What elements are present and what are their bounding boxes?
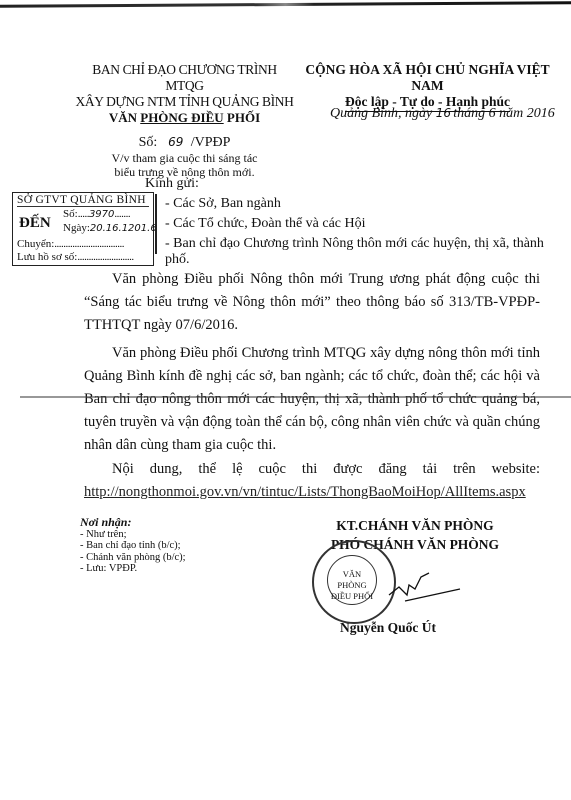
handwritten-day: 16 xyxy=(436,106,450,120)
signature-title-1: KT.CHÁNH VĂN PHÒNG xyxy=(300,516,530,535)
handwritten-doc-number: 69 xyxy=(161,134,191,150)
recipient-item: - Chánh văn phòng (b/c); xyxy=(80,552,186,564)
handwritten-signature xyxy=(385,565,465,605)
website-link[interactable]: http://nongthonmoi.gov.vn/vn/tintuc/List… xyxy=(84,484,526,500)
scan-streak xyxy=(20,396,571,398)
official-seal: VĂN PHÒNG ĐIỀU PHỐI xyxy=(312,540,396,624)
issuer-office: VĂN PHÒNG ĐIỀU PHỐI xyxy=(72,110,297,126)
received-stamp: SỞ GTVT QUẢNG BÌNH ĐẾN Số:.....3970.....… xyxy=(12,192,154,266)
issuer-org-line2: XÂY DỰNG NTM TỈNH QUẢNG BÌNH xyxy=(72,94,297,110)
stamp-so: Số:.....3970....... xyxy=(63,208,130,220)
recipient-item: - Như trên; xyxy=(80,529,186,541)
stamp-luu: Lưu hồ sơ số:......................... xyxy=(17,251,134,263)
scan-edge-line xyxy=(0,1,571,7)
addressee-label: Kính gửi: xyxy=(145,176,199,192)
nation-title: CỘNG HÒA XÃ HỘI CHỦ NGHĨA VIỆT NAM xyxy=(290,62,565,94)
recipient-item: - Lưu: VPĐP. xyxy=(80,563,186,575)
recipient-item: - Ban chỉ đạo tỉnh (b/c); xyxy=(80,540,186,552)
addressee-item: - Các Tổ chức, Đoàn thể và các Hội xyxy=(165,216,366,232)
national-header: CỘNG HÒA XÃ HỘI CHỦ NGHĨA VIỆT NAM Độc l… xyxy=(290,62,565,112)
recipients-title: Nơi nhận: xyxy=(80,517,186,529)
stamp-ngay: Ngày:20.16.1201.6 xyxy=(63,222,157,234)
issue-date: Quảng Bình, ngày 16 tháng 6 năm 2016 xyxy=(330,106,570,122)
stamp-chuyen: Chuyển:............................... xyxy=(17,238,124,250)
recipients-block: Nơi nhận: - Như trên; - Ban chỉ đạo tỉnh… xyxy=(80,517,186,575)
body-paragraph-3: Nội dung, thể lệ cuộc thi được đăng tải … xyxy=(84,458,540,481)
signer-name: Nguyễn Quốc Út xyxy=(340,620,436,636)
addressee-item: - Ban chỉ đạo Chương trình Nông thôn mới… xyxy=(165,236,571,268)
document-number: Số: 69/VPĐP xyxy=(72,134,297,151)
stamp-border-line xyxy=(155,194,157,254)
issuer-header: BAN CHỈ ĐẠO CHƯƠNG TRÌNH MTQG XÂY DỰNG N… xyxy=(72,62,297,179)
body-paragraph-1: Văn phòng Điều phối Nông thôn mới Trung … xyxy=(84,268,540,337)
issuer-org-line1: BAN CHỈ ĐẠO CHƯƠNG TRÌNH MTQG xyxy=(72,62,297,94)
stamp-title: SỞ GTVT QUẢNG BÌNH xyxy=(17,194,149,207)
addressee-item: - Các Sở, Ban ngành xyxy=(165,196,281,212)
body-paragraph-2: Văn phòng Điều phối Chương trình MTQG xâ… xyxy=(84,342,540,457)
stamp-den: ĐẾN xyxy=(19,215,51,232)
subject-line1: V/v tham gia cuộc thi sáng tác xyxy=(72,151,297,165)
seal-center: VĂN PHÒNG ĐIỀU PHỐI xyxy=(327,555,377,605)
website-link-line: http://nongthonmoi.gov.vn/vn/tintuc/List… xyxy=(84,481,540,504)
